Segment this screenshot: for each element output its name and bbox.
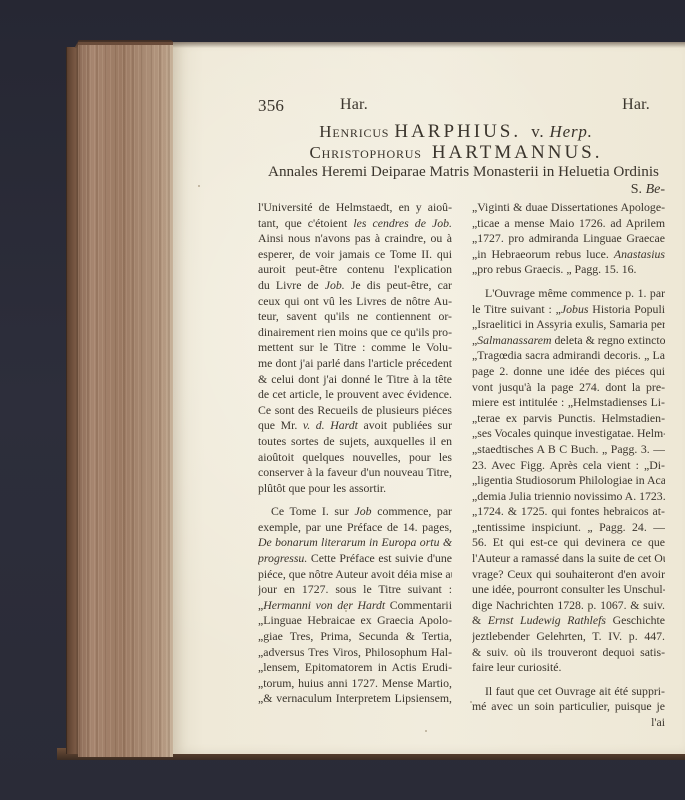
text-line: miere est intitulée : „Helmstadienses Li… xyxy=(472,395,665,411)
text-line: me dont j'ai parlé dans l'article préced… xyxy=(258,356,452,372)
text-line: teur, savent qu'ils ne contiennent or- xyxy=(258,309,452,325)
text-line: De bonarum literarum in Europa ortu & xyxy=(258,535,452,551)
text-line: & celui dont j'ai donné le Titre à la tê… xyxy=(258,372,452,388)
text-line: Ce Tome I. sur Job commence, par xyxy=(258,504,452,520)
text-line: „ligentia Studiosorum Philologiae in Aca… xyxy=(472,473,665,489)
text-line: 23. Avec Figg. Après cela vient : „Di- xyxy=(472,458,665,474)
text-line: „giae Tres, Prima, Secunda & Tertia, xyxy=(258,629,452,645)
page-stack-edges xyxy=(78,42,173,757)
text-line: aioûtoit quelques nouvelles, pour les xyxy=(258,450,452,466)
text-line: Ainsi nous n'avons pas à craindre, ou à xyxy=(258,231,452,247)
right-column: „Viginti & duae Dissertationes Apologe-„… xyxy=(472,200,665,731)
text-line: du Livre de Job. Je dis peut-être, car xyxy=(258,278,452,294)
text-line: mé avec un soin particulier, puisque je xyxy=(472,699,665,715)
text-line: esperer, de voir jamais ce Tome II. qui xyxy=(258,247,452,263)
text-line: piéce, que nôtre Auteur avoit déia mise … xyxy=(258,567,452,583)
text-line: dige Nachrichten 1728. p. 1067. & suiv. xyxy=(472,598,665,614)
entry-heading-harphius: Henricus HARPHIUS. v. Herp. xyxy=(258,121,654,143)
text-line: jour en 1727. sous le Titre suivant : xyxy=(258,582,452,598)
text-line: faire leur curiosité. xyxy=(472,660,665,676)
page-top-shadow xyxy=(173,42,685,48)
text-line: „tentissime inspiciunt. „ Pagg. 24. — xyxy=(472,520,665,536)
work-title: Annales Heremi Deiparae Matris Monasteri… xyxy=(268,163,666,181)
text-line: „ses Vocales quinque investigatae. Helm- xyxy=(472,426,665,442)
running-head: 356 Har. Har. xyxy=(258,96,650,118)
text-line: „Linguae Hebraicae ex Graecia Apolo- xyxy=(258,613,452,629)
text-line: vont jusqu'à la page 274. dont la pre- xyxy=(472,380,665,396)
text-line: „staedtisches A B C Buch. „ Pagg. 3. — xyxy=(472,442,665,458)
text-line: de cet article, le prouvent avec évidenc… xyxy=(258,387,452,403)
text-line: „1727. pro admiranda Linguae Graecae xyxy=(472,231,665,247)
text-line: mettent sur le Titre : comme le Volu- xyxy=(258,340,452,356)
text-line: „in Hebraeorum rebus luce. Anastasius xyxy=(472,247,665,263)
entry-heading-hartmannus: Christophorus HARTMANNUS. xyxy=(258,142,654,164)
paragraph-gap xyxy=(472,676,665,684)
text-line: & suiv. où ils trouveront dequoi satis- xyxy=(472,645,665,661)
text-line: ceux qui ont vû les Livres de nôtre Au- xyxy=(258,294,452,310)
text-line: page 2. donne une idée des piéces qui xyxy=(472,364,665,380)
text-line: „Israelitici in Assyria exulis, Samaria … xyxy=(472,317,665,333)
text-line: que Mr. v. d. Hardt avoit publiées sur xyxy=(258,418,452,434)
text-line: vrage? Ceux qui souhaiteront d'en avoir xyxy=(472,567,665,583)
text-line: l'Université de Helmstaedt, en y aioû- xyxy=(258,200,452,216)
catchword: l'ai xyxy=(472,715,665,731)
text-line: „1724. & 1725. qui fontes hebraicos at- xyxy=(472,504,665,520)
text-line: dinairement rien moins que ce qu'ils pro… xyxy=(258,325,452,341)
text-line: plûtôt que pour les assortir. xyxy=(258,481,452,497)
text-line: jeztlebender Gelehrten, T. IV. p. 447. xyxy=(472,629,665,645)
text-line: „Salmanassarem deleta & regno extincto. xyxy=(472,333,665,349)
text-line: le Titre suivant : „Jobus Historia Popul… xyxy=(472,302,665,318)
text-line: „demia Julia triennio novissimo A. 1723. xyxy=(472,489,665,505)
text-line: „terae ex parvis Punctis. Helmstadien- xyxy=(472,411,665,427)
text-line: „& vernaculum Interpretem Lipsiensem, xyxy=(258,691,452,707)
text-line: „Viginti & duae Dissertationes Apologe- xyxy=(472,200,665,216)
text-line: progressu. Cette Préface est suivie d'un… xyxy=(258,551,452,567)
work-title-continued: S. Be- xyxy=(631,182,665,198)
text-line: auroit peut-être contenu l'explication xyxy=(258,262,452,278)
text-line: „Tragœdia sacra admirandi decoris. „ La xyxy=(472,348,665,364)
text-line: „adversus Tres Viros, Philosophum Hal- xyxy=(258,645,452,661)
text-line: „torum, huius anni 1727. Mense Martio, xyxy=(258,676,452,692)
page-number: 356 xyxy=(258,96,284,116)
text-line: & Ernst Ludewig Rathlefs Geschichte xyxy=(472,613,665,629)
text-line: „pro rebus Graecis. „ Pagg. 15. 16. xyxy=(472,262,665,278)
text-line: conserver à la faveur d'un nouveau Titre… xyxy=(258,465,452,481)
text-line: „lensem, Epitomatorem in Actis Erudi- xyxy=(258,660,452,676)
text-line: exemple, par une Préface de 14. pages, xyxy=(258,520,452,536)
text-line: tant, que c'étoient les cendres de Job. xyxy=(258,216,452,232)
text-line: 56. Et qui est-ce qui devinera ce que xyxy=(472,535,665,551)
paragraph-gap xyxy=(258,496,452,504)
text-line: „ticae a mense Maio 1726. ad Aprilem xyxy=(472,216,665,232)
text-line: l'Auteur a ramassé dans la suite de cet … xyxy=(472,551,665,567)
running-head-right: Har. xyxy=(622,96,650,114)
text-line: toutes sortes de sujets, auxquelles il e… xyxy=(258,434,452,450)
text-line: une idée, pourront consulter les Unschul… xyxy=(472,582,665,598)
text-line: Il faut que cet Ouvrage ait été suppri- xyxy=(472,684,665,700)
text-line: „Hermanni von der Hardt Commentarii xyxy=(258,598,452,614)
left-column: l'Université de Helmstaedt, en y aioû-ta… xyxy=(258,200,452,707)
running-head-left: Har. xyxy=(340,96,368,114)
text-line: L'Ouvrage même commence p. 1. par xyxy=(472,286,665,302)
paragraph-gap xyxy=(472,278,665,286)
text-line: Ce sont des Recueils de plusieurs piéces xyxy=(258,403,452,419)
